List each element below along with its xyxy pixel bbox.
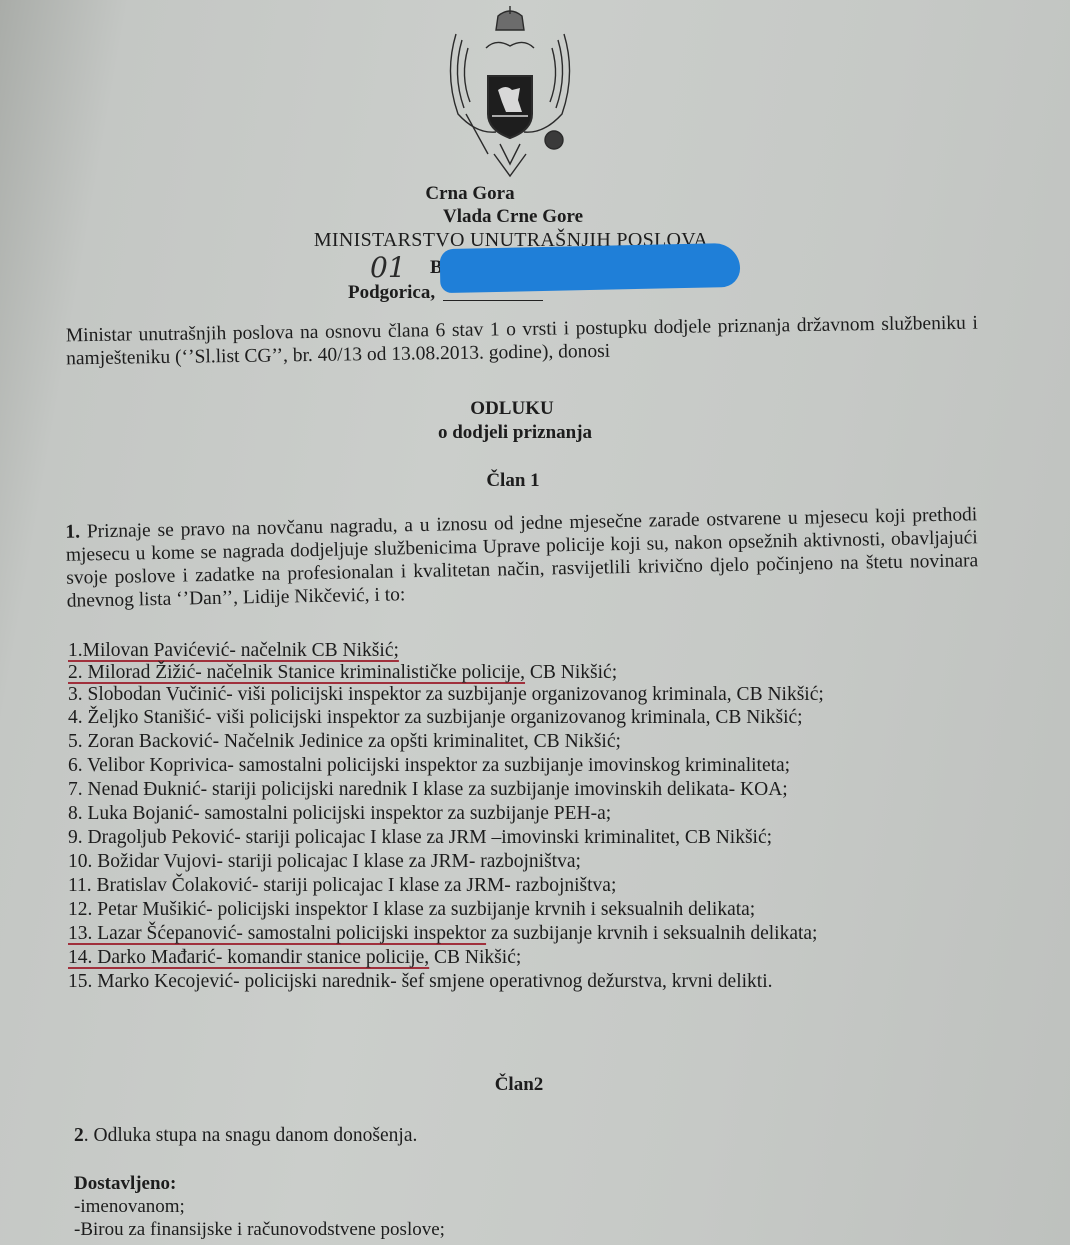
recipient-item: 6. Velibor Koprivica- samostalni policij…: [68, 755, 790, 777]
recipient-text: 8. Luka Bojanić- samostalni policijski i…: [68, 803, 611, 824]
recipient-item: 4. Željko Stanišić- viši policijski insp…: [68, 707, 803, 729]
recipient-item: 2. Milorad Žižić- načelnik Stanice krimi…: [68, 662, 617, 684]
recipient-item: 9. Dragoljub Peković- stariji policajac …: [68, 827, 772, 849]
article-2-paragraph: 2. Odluka stupa na snagu danom donošenja…: [74, 1125, 417, 1147]
preamble: Ministar unutrašnjih poslova na osnovu č…: [66, 312, 979, 371]
country-name: Crna Gora: [0, 183, 1005, 205]
handwritten-number: 01: [370, 251, 406, 284]
recipient-text: 15. Marko Kecojević- policijski narednik…: [68, 971, 773, 992]
recipient-item: 12. Petar Mušikić- policijski inspektor …: [68, 899, 755, 921]
decision-title: ODLUKU: [0, 398, 1047, 420]
underlined-text: 1.Milovan Pavićević- načelnik CB Nikšić;: [68, 640, 399, 661]
recipient-text: 3. Slobodan Vučinić- viši policijski ins…: [68, 684, 824, 705]
recipient-text: 11. Bratislav Čolaković- stariji policaj…: [68, 875, 616, 896]
date-line: [443, 300, 543, 301]
article-2-heading: Član2: [0, 1074, 1054, 1096]
underlined-text: 13. Lazar Šćepanović- samostalni policij…: [68, 923, 486, 944]
coat-of-arms-icon: [436, 4, 584, 182]
paragraph-number: 2: [74, 1125, 84, 1146]
recipient-item: 13. Lazar Šćepanović- samostalni policij…: [68, 923, 817, 945]
underlined-text: 2. Milorad Žižić- načelnik Stanice krimi…: [68, 662, 525, 683]
article-1-heading: Član 1: [0, 470, 1048, 492]
government-name: Vlada Crne Gore: [0, 206, 1048, 228]
recipient-item: 11. Bratislav Čolaković- stariji policaj…: [68, 875, 616, 897]
paragraph-text: . Odluka stupa na snagu danom donošenja.: [84, 1125, 418, 1146]
underlined-text: 14. Darko Mađarić- komandir stanice poli…: [68, 947, 429, 968]
recipient-text: 6. Velibor Koprivica- samostalni policij…: [68, 755, 790, 776]
decision-subtitle: o dodjeli priznanja: [0, 422, 1050, 444]
recipient-text: 5. Zoran Backović- Načelnik Jedinice za …: [68, 731, 621, 752]
delivered-item: -imenovanom;: [74, 1196, 185, 1218]
recipient-text: 7. Nenad Đuknić- stariji policijski nare…: [68, 779, 788, 800]
recipient-text: CB Nikšić;: [525, 662, 617, 683]
paragraph-number: 1.: [65, 521, 80, 542]
recipient-item: 8. Luka Bojanić- samostalni policijski i…: [68, 803, 611, 825]
recipient-item: 3. Slobodan Vučinić- viši policijski ins…: [68, 684, 824, 706]
recipient-item: 14. Darko Mađarić- komandir stanice poli…: [68, 947, 521, 969]
recipient-item: 5. Zoran Backović- Načelnik Jedinice za …: [68, 731, 621, 753]
recipient-text: 4. Željko Stanišić- viši policijski insp…: [68, 707, 803, 728]
recipient-text: 9. Dragoljub Peković- stariji policajac …: [68, 827, 772, 848]
recipient-text: za suzbijanje krvnih i seksualnih delika…: [486, 923, 817, 944]
recipient-item: 15. Marko Kecojević- policijski narednik…: [68, 971, 773, 993]
delivered-label: Dostavljeno:: [74, 1173, 176, 1195]
recipient-text: 12. Petar Mušikić- policijski inspektor …: [68, 899, 755, 920]
delivered-item: -Birou za finansijske i računovodstvene …: [74, 1219, 445, 1241]
recipient-item: 1.Milovan Pavićević- načelnik CB Nikšić;: [68, 640, 399, 662]
recipient-text: CB Nikšić;: [429, 947, 521, 968]
recipient-text: 10. Božidar Vujovi- stariji policajac I …: [68, 851, 581, 872]
paragraph-text: Priznaje se pravo na novčanu nagradu, a …: [66, 504, 979, 611]
recipient-item: 7. Nenad Đuknić- stariji policijski nare…: [68, 779, 788, 801]
redaction-mark: [440, 243, 741, 293]
place-label: Podgorica,: [348, 282, 435, 304]
document-page: Crna Gora Vlada Crne Gore MINISTARSTVO U…: [0, 0, 1070, 1245]
recipient-item: 10. Božidar Vujovi- stariji policajac I …: [68, 851, 581, 873]
article-1-paragraph: 1. Priznaje se pravo na novčanu nagradu,…: [65, 503, 979, 612]
